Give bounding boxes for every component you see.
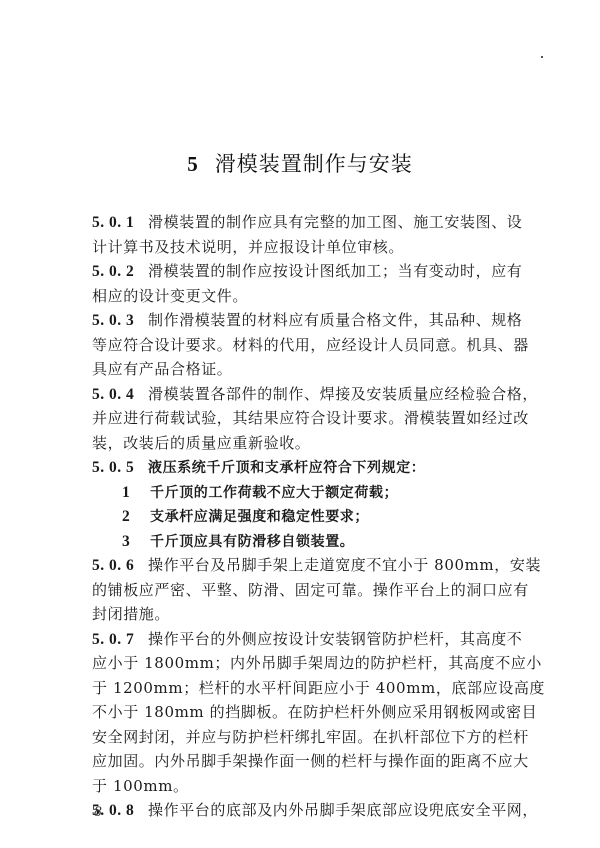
page-number: 8 <box>94 804 102 821</box>
line-text: 千斤顶的工作荷载不应大于额定荷载； <box>150 485 398 501</box>
clause-number: 5. 0. 4 <box>92 383 148 408</box>
list-item-line: 1千斤顶的工作荷载不应大于额定荷载； <box>92 480 532 505</box>
text-line: 应加固。内外吊脚手架操作面一侧的栏杆与操作面的距离不应大 <box>92 749 532 774</box>
line-text: 不小于 180mm 的挡脚板。在防护栏杆外侧应采用钢板网或密目 <box>92 703 537 721</box>
line-text: 滑模装置的制作应具有完整的加工图、施工安装图、设 <box>148 213 522 231</box>
line-text: 相应的设计变更文件。 <box>92 287 248 305</box>
clause-line: 5. 0. 6操作平台及吊脚手架上走道宽度不宜小于 800mm，安装 <box>92 553 532 578</box>
clause-number: 5. 0. 2 <box>92 260 148 285</box>
item-number: 1 <box>122 481 150 506</box>
text-line: 相应的设计变更文件。 <box>92 284 532 309</box>
line-text: 应小于 1800mm；内外吊脚手架周边的防护栏杆，其高度不应小 <box>92 654 542 672</box>
line-text: 千斤顶应具有防滑移自锁装置。 <box>150 534 354 550</box>
clause-line: 5. 0. 8操作平台的底部及内外吊脚手架底部应设兜底安全平网， <box>92 798 532 823</box>
line-text: 安全网封闭，并应与防护栏杆绑扎牢固。在扒杆部位下方的栏杆 <box>92 728 529 746</box>
clause-line: 5. 0. 5液压系统千斤顶和支承杆应符合下列规定： <box>92 455 532 480</box>
clause-number: 5. 0. 5 <box>92 456 148 481</box>
text-line: 并应进行荷载试验，其结果应符合设计要求。滑模装置如经过改 <box>92 406 532 431</box>
text-line: 应小于 1800mm；内外吊脚手架周边的防护栏杆，其高度不应小 <box>92 651 532 676</box>
text-line: 封闭措施。 <box>92 602 532 627</box>
item-number: 2 <box>122 505 150 530</box>
clause-number: 5. 0. 7 <box>92 628 148 653</box>
item-number: 3 <box>122 530 150 555</box>
clause-number: 5. 0. 3 <box>92 309 148 334</box>
line-text: 具应有产品合格证。 <box>92 360 232 378</box>
clause-line: 5. 0. 3制作滑模装置的材料应有质量合格文件，其品种、规格 <box>92 308 532 333</box>
line-text: 滑模装置的制作应按设计图纸加工；当有变动时，应有 <box>148 262 522 280</box>
line-text: 滑模装置各部件的制作、焊接及安装质量应经检验合格， <box>148 385 538 403</box>
text-line: 的铺板应严密、平整、防滑、固定可靠。操作平台上的洞口应有 <box>92 578 532 603</box>
clause-line: 5. 0. 7操作平台的外侧应按设计安装钢管防护栏杆，其高度不 <box>92 627 532 652</box>
text-line: 具应有产品合格证。 <box>92 357 532 382</box>
text-line: 不小于 180mm 的挡脚板。在防护栏杆外侧应采用钢板网或密目 <box>92 700 532 725</box>
list-item-line: 3千斤顶应具有防滑移自锁装置。 <box>92 529 532 554</box>
chapter-title-text: 滑模装置制作与安装 <box>215 152 413 176</box>
line-text: 操作平台的外侧应按设计安装钢管防护栏杆，其高度不 <box>148 630 522 648</box>
text-line: 于 100mm。 <box>92 774 532 799</box>
line-text: 装，改装后的质量应重新验收。 <box>92 434 310 452</box>
line-text: 封闭措施。 <box>92 605 170 623</box>
text-line: 等应符合设计要求。材料的代用，应经设计人员同意。机具、器 <box>92 333 532 358</box>
clause-number: 5. 0. 1 <box>92 211 148 236</box>
line-text: 支承杆应满足强度和稳定性要求； <box>150 509 369 525</box>
text-line: 装，改装后的质量应重新验收。 <box>92 431 532 456</box>
body-text: 5. 0. 1滑模装置的制作应具有完整的加工图、施工安装图、设计计算书及技术说明… <box>92 210 532 823</box>
clause-line: 5. 0. 2滑模装置的制作应按设计图纸加工；当有变动时，应有 <box>92 259 532 284</box>
line-text: 液压系统千斤顶和支承杆应符合下列规定： <box>148 460 425 476</box>
line-text: 于 1200mm；栏杆的水平杆间距应小于 400mm，底部应设高度 <box>92 679 545 697</box>
document-page: 5滑模装置制作与安装 5. 0. 1滑模装置的制作应具有完整的加工图、施工安装图… <box>0 0 600 848</box>
scan-speck <box>541 56 543 58</box>
line-text: 操作平台及吊脚手架上走道宽度不宜小于 800mm，安装 <box>148 556 541 574</box>
line-text: 操作平台的底部及内外吊脚手架底部应设兜底安全平网， <box>148 801 538 819</box>
line-text: 等应符合设计要求。材料的代用，应经设计人员同意。机具、器 <box>92 336 529 354</box>
text-line: 计计算书及技术说明，并应报设计单位审核。 <box>92 235 532 260</box>
clause-number: 5. 0. 6 <box>92 554 148 579</box>
clause-line: 5. 0. 1滑模装置的制作应具有完整的加工图、施工安装图、设 <box>92 210 532 235</box>
line-text: 计计算书及技术说明，并应报设计单位审核。 <box>92 238 404 256</box>
line-text: 应加固。内外吊脚手架操作面一侧的栏杆与操作面的距离不应大 <box>92 752 529 770</box>
list-item-line: 2支承杆应满足强度和稳定性要求； <box>92 504 532 529</box>
line-text: 并应进行荷载试验，其结果应符合设计要求。滑模装置如经过改 <box>92 409 529 427</box>
line-text: 于 100mm。 <box>92 777 189 795</box>
text-line: 于 1200mm；栏杆的水平杆间距应小于 400mm，底部应设高度 <box>92 676 532 701</box>
clause-line: 5. 0. 4滑模装置各部件的制作、焊接及安装质量应经检验合格， <box>92 382 532 407</box>
line-text: 制作滑模装置的材料应有质量合格文件，其品种、规格 <box>148 311 522 329</box>
line-text: 的铺板应严密、平整、防滑、固定可靠。操作平台上的洞口应有 <box>92 581 529 599</box>
chapter-number: 5 <box>187 152 199 176</box>
text-line: 安全网封闭，并应与防护栏杆绑扎牢固。在扒杆部位下方的栏杆 <box>92 725 532 750</box>
chapter-heading: 5滑模装置制作与安装 <box>0 148 600 178</box>
